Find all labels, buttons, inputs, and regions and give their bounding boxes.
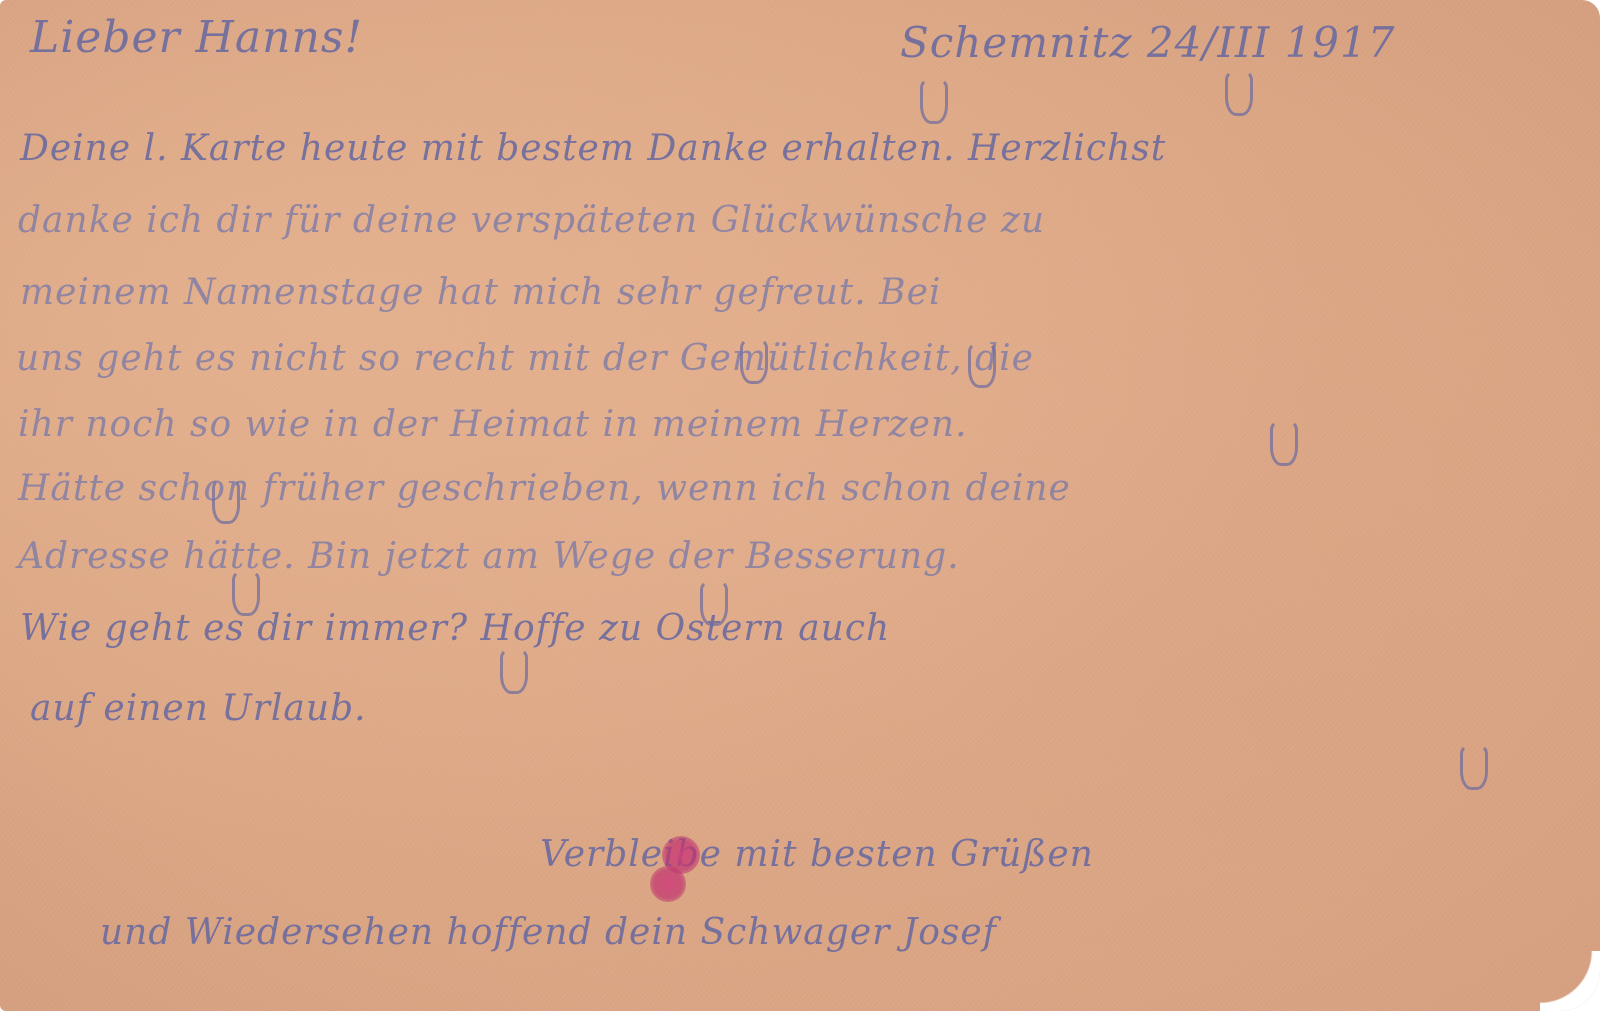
- descender-loop: [1270, 420, 1298, 466]
- rounded-corner: [1540, 951, 1600, 1011]
- closing-line: Verbleibe mit besten Grüßen: [540, 834, 1094, 875]
- descender-loop: [920, 78, 948, 124]
- body-line: uns geht es nicht so recht mit der Gemüt…: [16, 338, 1034, 379]
- descender-loop: [232, 570, 260, 616]
- body-line: Adresse hätte. Bin jetzt am Wege der Bes…: [18, 536, 960, 577]
- descender-loop: [1225, 70, 1253, 116]
- salutation: Lieber Hanns!: [30, 12, 363, 63]
- descender-loop: [1460, 744, 1488, 790]
- descender-loop: [212, 478, 240, 524]
- body-line: Deine l. Karte heute mit bestem Danke er…: [20, 128, 1166, 169]
- body-line: Wie geht es dir immer? Hoffe zu Ostern a…: [20, 608, 890, 649]
- ink-blot: [650, 866, 686, 902]
- body-line: Hätte schon früher geschrieben, wenn ich…: [18, 468, 1071, 509]
- closing-signature-line: und Wiedersehen hoffend dein Schwager Jo…: [100, 912, 997, 953]
- body-line: meinem Namenstage hat mich sehr gefreut.…: [20, 272, 941, 313]
- descender-loop: [500, 648, 528, 694]
- body-line: auf einen Urlaub.: [30, 688, 367, 729]
- descender-loop: [968, 342, 996, 388]
- descender-loop: [700, 580, 728, 626]
- body-line: danke ich dir für deine verspäteten Glüc…: [18, 200, 1045, 241]
- descender-loop: [740, 338, 768, 384]
- body-line: ihr noch so wie in der Heimat in meinem …: [18, 404, 968, 445]
- postcard: Lieber Hanns! Schemnitz 24/III 1917 Dein…: [0, 0, 1600, 1011]
- dateline: Schemnitz 24/III 1917: [900, 18, 1395, 67]
